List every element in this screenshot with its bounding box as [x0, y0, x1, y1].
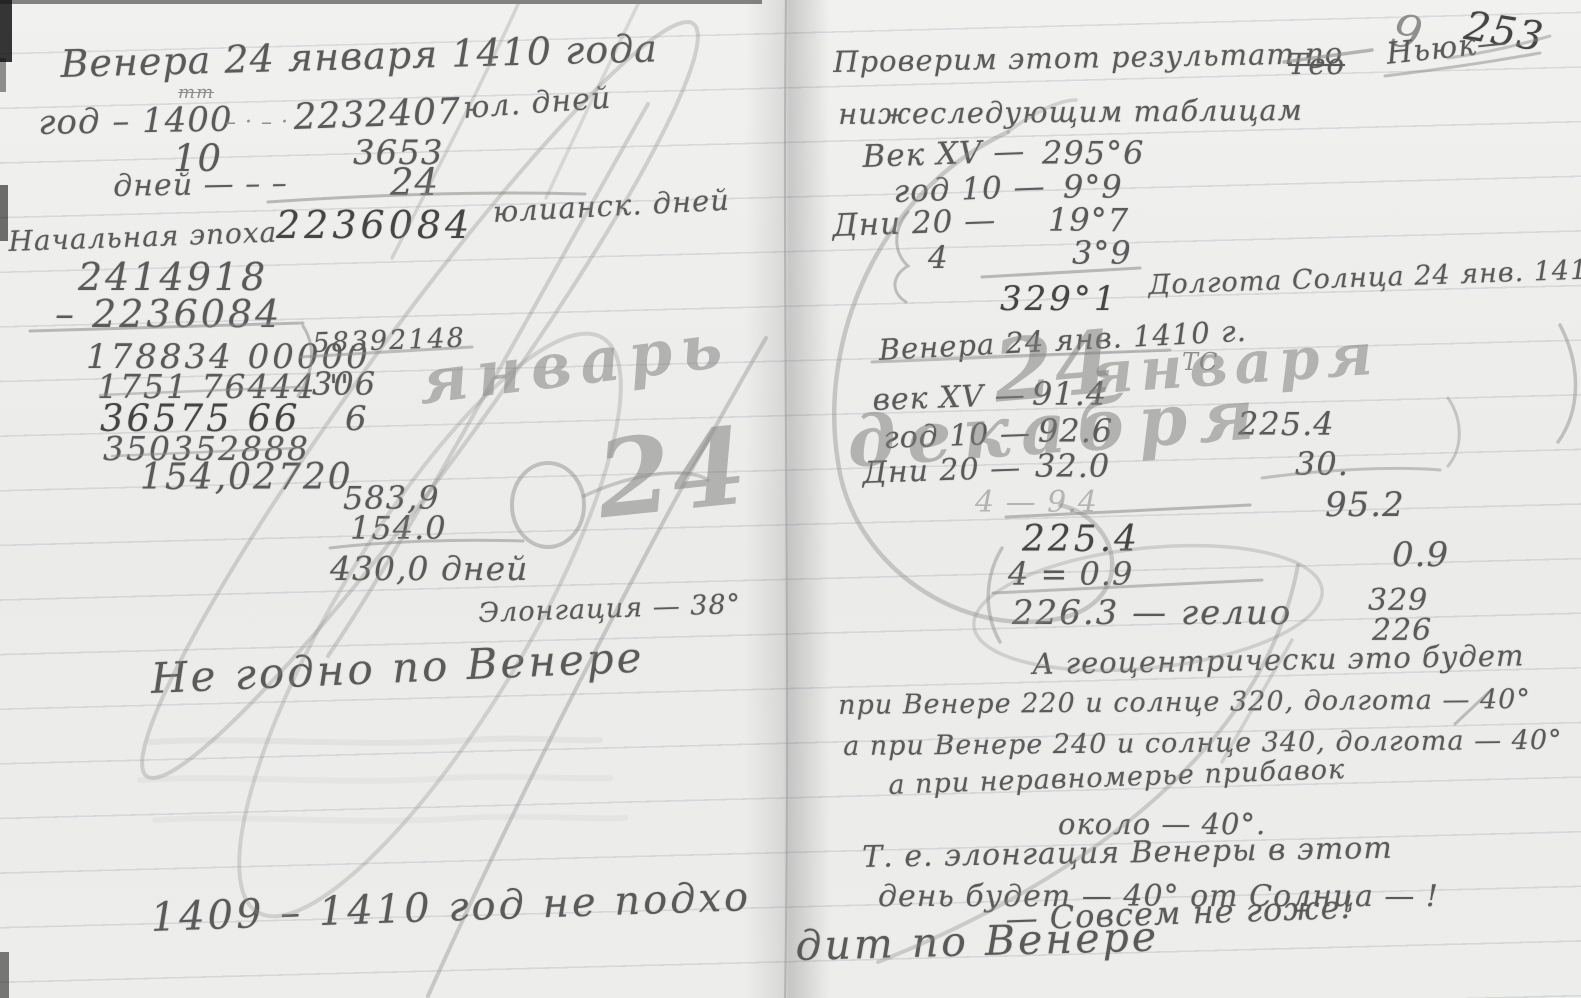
correction-row: 4 = 0.9	[1008, 558, 1133, 590]
verdict-line: Не годно по Венере	[150, 636, 645, 700]
stack-329: 329	[1368, 586, 1428, 616]
epoch-label: Начальная эпоха	[8, 219, 278, 256]
check-struck-word: Тео	[1288, 50, 1345, 79]
sun-longitude-note: Долгота Солнца 24 янв. 1410	[1148, 256, 1581, 299]
sun-row4-label: 4	[928, 243, 949, 274]
sun-row4-value: 3°9	[1072, 237, 1132, 269]
check-line1: Проверим этот результат по	[833, 39, 1343, 77]
right-page: 9 253 Проверим этот результат по Тео Нью…	[790, 0, 1581, 998]
days-row-label: дней — – –	[113, 169, 288, 202]
sun-row1-value: 295°6	[1042, 137, 1144, 169]
year-row-label: год – 1400	[38, 103, 233, 140]
year-row-unit: юл. дней	[462, 84, 612, 124]
venus-side3: 95.2	[1325, 488, 1405, 522]
sub-result: 430,0 дней	[330, 552, 528, 585]
epoch-subtrahend: – 2236084	[55, 295, 282, 333]
left-title: Венера 24 января 1410 года	[60, 29, 658, 83]
days-24: 24	[390, 164, 439, 201]
sub-154: 154.0	[350, 512, 447, 544]
sun-sum: 329°1	[1000, 282, 1119, 316]
manuscript-scan: Венера 24 января 1410 года тт год – 1400…	[0, 0, 1581, 998]
bottom-line-right: дит по Венере	[795, 916, 1160, 967]
venus-side2: 30.	[1295, 448, 1349, 480]
irregularity-line: а при неравномерье прибавок	[888, 756, 1346, 799]
epoch-minuend: 2414918	[78, 258, 268, 296]
venus-sum: 225.4	[1022, 522, 1140, 558]
sun-row1-label: Век XV —	[862, 136, 1026, 173]
julian-sum-unit: юлианск. дней	[492, 186, 731, 227]
venus-row4: 4 — 9.4	[975, 488, 1098, 518]
elongation-note: Элонгация — 38°	[478, 591, 742, 627]
correction-result: 226.3 — гелио	[1012, 596, 1292, 630]
julian-sum: 2236084	[276, 206, 473, 244]
division-row4: 154,02720	[140, 460, 353, 496]
venus-side4: 0.9	[1392, 538, 1449, 572]
sun-row2-value: 9°9	[1063, 171, 1123, 203]
conclusion-line1: Т. е. элонгация Венеры в этот	[862, 834, 1393, 873]
bottom-line-left: 1409 – 1410 год не подхо	[150, 877, 752, 938]
sun-row3-label: Дни 20 —	[832, 205, 997, 242]
geocentric-line: А геоцентрически это будет	[1032, 641, 1525, 679]
year-row-dashes: – · – ·	[225, 112, 289, 134]
check-line2: нижеследующим таблицам	[838, 96, 1303, 129]
division-extra: 6	[345, 402, 368, 436]
sun-row3-value: 19°7	[1048, 204, 1129, 236]
venus240-line: а при Венере 240 и солнце 340, долгота —…	[843, 727, 1563, 760]
left-page: Венера 24 января 1410 года тт год – 1400…	[0, 0, 782, 998]
venus220-line: при Венере 220 и солнце 320, долгота — 4…	[838, 686, 1531, 719]
overlay-24: 24	[592, 412, 752, 533]
year-row-value: 2232407	[293, 94, 461, 136]
